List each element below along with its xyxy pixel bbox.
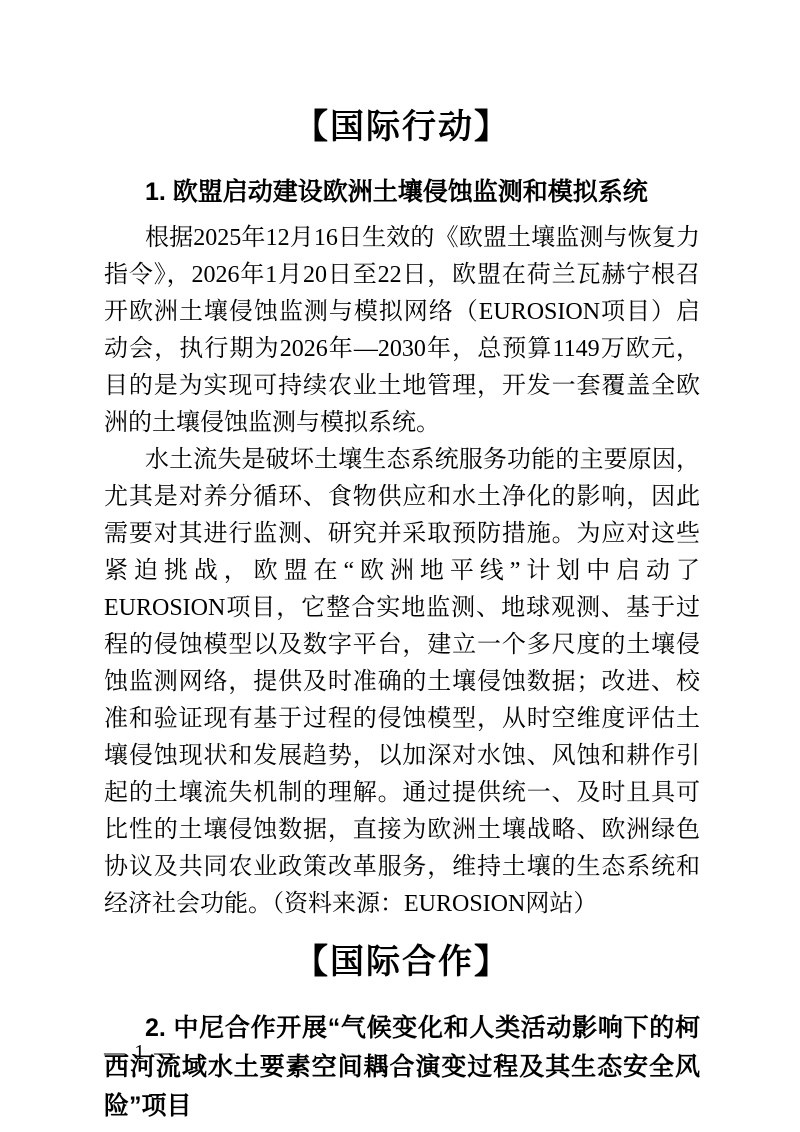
paragraph-eu-project-launch: 根据2025年12月16日生效的《欧盟土壤监测与恢复力指令》，2026年1月20…: [104, 220, 700, 442]
page-number: — 1 —: [104, 1040, 177, 1065]
section-title-international-action: 【国际行动】: [104, 106, 700, 150]
article-heading-china-nepal-project: 2. 中尼合作开展“气候变化和人类活动影响下的柯西河流域水土要素空间耦合演变过程…: [104, 1009, 700, 1126]
section-title-international-cooperation: 【国际合作】: [104, 941, 700, 985]
document-page: 【国际行动】 1. 欧盟启动建设欧洲土壤侵蚀监测和模拟系统 根据2025年12月…: [0, 0, 800, 1132]
article-heading-eu-soil-erosion-system: 1. 欧盟启动建设欧洲土壤侵蚀监测和模拟系统: [104, 174, 700, 211]
paragraph-eu-project-details: 水土流失是破坏土壤生态系统服务功能的主要原因，尤其是对养分循环、食物供应和水土净…: [104, 442, 700, 923]
